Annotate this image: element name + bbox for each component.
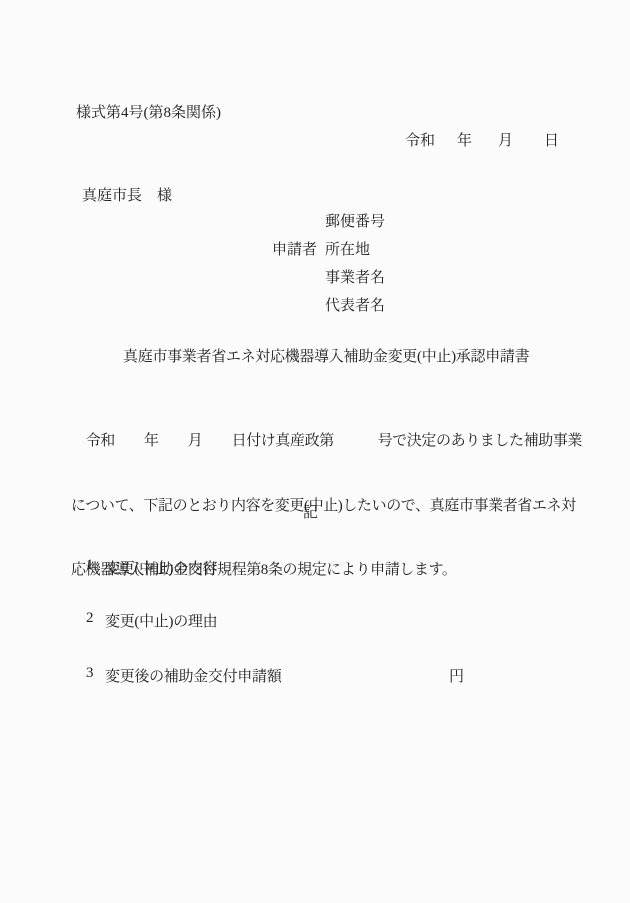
recipient-honorific: 様 <box>157 184 172 205</box>
item-label: 変更後の補助金交付申請額 <box>105 665 281 686</box>
yen-suffix: 円 <box>449 665 464 686</box>
address-label: 所在地 <box>325 238 370 259</box>
business-name-label: 事業者名 <box>325 266 385 287</box>
postal-code-label: 郵便番号 <box>325 210 385 231</box>
representative-name-label: 代表者名 <box>325 294 385 315</box>
record-marker: 記 <box>0 501 621 522</box>
item-number: 1 <box>86 557 94 574</box>
date-line: 令和 年 月 日 <box>405 129 559 150</box>
month-label: 月 <box>498 129 513 150</box>
item-label: 変更(中止)の理由 <box>105 610 217 631</box>
item-label: 変更(中止)の内容 <box>105 557 217 578</box>
recipient-name: 真庭市長 <box>82 184 142 205</box>
item-number: 3 <box>86 665 94 682</box>
recipient-line: 真庭市長 様 <box>82 184 172 205</box>
body-line: 令和 年 月 日付け真産政第 号で決定のありました補助事業 <box>71 426 591 457</box>
era-label: 令和 <box>405 129 435 150</box>
form-number: 様式第4号(第8条関係) <box>76 101 221 122</box>
applicant-label: 申請者 <box>272 238 317 259</box>
year-label: 年 <box>457 129 472 150</box>
day-label: 日 <box>544 129 559 150</box>
item-number: 2 <box>86 610 94 627</box>
document-title: 真庭市事業者省エネ対応機器導入補助金変更(中止)承認申請書 <box>123 345 529 366</box>
document-page: 様式第4号(第8条関係) 令和 年 月 日 真庭市長 様 郵便番号 申請者 所在… <box>0 0 630 903</box>
